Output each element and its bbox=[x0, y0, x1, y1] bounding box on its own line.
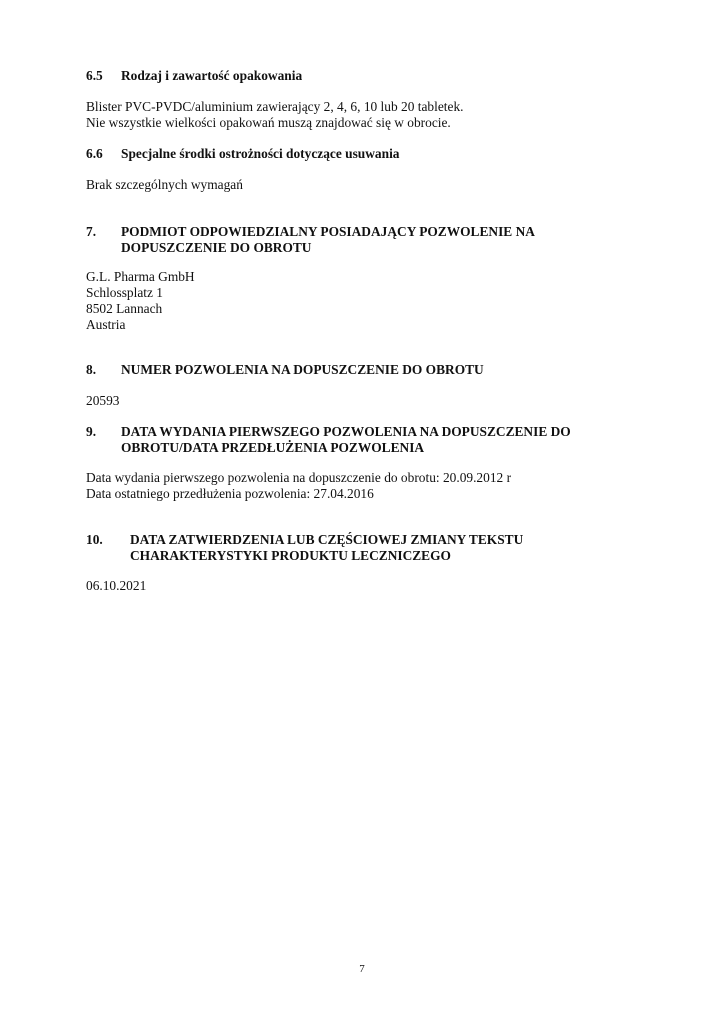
section-10-body: 06.10.2021 bbox=[86, 578, 146, 594]
section-6-5-body: Blister PVC-PVDC/aluminium zawierający 2… bbox=[86, 99, 463, 131]
section-6-5-heading: 6.5 Rodzaj i zawartość opakowania bbox=[86, 68, 302, 84]
section-number: 9. bbox=[86, 424, 121, 456]
address-country: Austria bbox=[86, 317, 195, 333]
address-city: 8502 Lannach bbox=[86, 301, 195, 317]
section-9-heading: 9. DATA WYDANIA PIERWSZEGO POZWOLENIA NA… bbox=[86, 424, 571, 456]
address-street: Schlossplatz 1 bbox=[86, 285, 195, 301]
section-title-line: CHARAKTERYSTYKI PRODUKTU LECZNICZEGO bbox=[130, 548, 523, 564]
section-8-heading: 8. NUMER POZWOLENIA NA DOPUSZCZENIE DO O… bbox=[86, 362, 484, 378]
section-title: PODMIOT ODPOWIEDZIALNY POSIADAJĄCY POZWO… bbox=[121, 224, 535, 256]
section-number: 10. bbox=[86, 532, 130, 564]
body-line: Blister PVC-PVDC/aluminium zawierający 2… bbox=[86, 99, 463, 115]
section-title-line: OBROTU/DATA PRZEDŁUŻENIA POZWOLENIA bbox=[121, 440, 571, 456]
revision-date: 06.10.2021 bbox=[86, 578, 146, 594]
body-line: Brak szczególnych wymagań bbox=[86, 177, 243, 193]
body-line: Nie wszystkie wielkości opakowań muszą z… bbox=[86, 115, 463, 131]
section-title-line: DOPUSZCZENIE DO OBROTU bbox=[121, 240, 535, 256]
page-number: 7 bbox=[0, 963, 724, 975]
section-title: Specjalne środki ostrożności dotyczące u… bbox=[121, 146, 399, 162]
section-number: 6.6 bbox=[86, 146, 121, 162]
section-7-body: G.L. Pharma GmbH Schlossplatz 1 8502 Lan… bbox=[86, 269, 195, 333]
section-title-line: PODMIOT ODPOWIEDZIALNY POSIADAJĄCY POZWO… bbox=[121, 224, 535, 240]
section-number: 7. bbox=[86, 224, 121, 256]
section-8-body: 20593 bbox=[86, 393, 119, 409]
authorization-number: 20593 bbox=[86, 393, 119, 409]
section-title: DATA ZATWIERDZENIA LUB CZĘŚCIOWEJ ZMIANY… bbox=[130, 532, 523, 564]
section-title-line: DATA WYDANIA PIERWSZEGO POZWOLENIA NA DO… bbox=[121, 424, 571, 440]
section-9-body: Data wydania pierwszego pozwolenia na do… bbox=[86, 470, 511, 502]
section-title-line: DATA ZATWIERDZENIA LUB CZĘŚCIOWEJ ZMIANY… bbox=[130, 532, 523, 548]
section-title: Rodzaj i zawartość opakowania bbox=[121, 68, 302, 84]
renewal-date: Data ostatniego przedłużenia pozwolenia:… bbox=[86, 486, 511, 502]
document-page: 6.5 Rodzaj i zawartość opakowania Bliste… bbox=[0, 0, 724, 1024]
section-number: 8. bbox=[86, 362, 121, 378]
section-number: 6.5 bbox=[86, 68, 121, 84]
section-7-heading: 7. PODMIOT ODPOWIEDZIALNY POSIADAJĄCY PO… bbox=[86, 224, 535, 256]
first-authorization-date: Data wydania pierwszego pozwolenia na do… bbox=[86, 470, 511, 486]
section-10-heading: 10. DATA ZATWIERDZENIA LUB CZĘŚCIOWEJ ZM… bbox=[86, 532, 523, 564]
section-6-6-heading: 6.6 Specjalne środki ostrożności dotyczą… bbox=[86, 146, 399, 162]
section-6-6-body: Brak szczególnych wymagań bbox=[86, 177, 243, 193]
company-name: G.L. Pharma GmbH bbox=[86, 269, 195, 285]
section-title: DATA WYDANIA PIERWSZEGO POZWOLENIA NA DO… bbox=[121, 424, 571, 456]
section-title: NUMER POZWOLENIA NA DOPUSZCZENIE DO OBRO… bbox=[121, 362, 484, 378]
